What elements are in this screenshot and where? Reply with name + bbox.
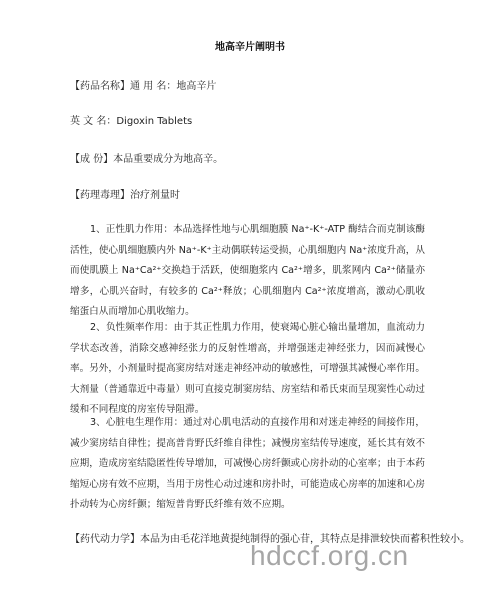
paragraph-electrophysiology: 3、心脏电生理作用：通过对心肌电活动的直接作用和对迷走神经的间接作用，减少窦房结…	[70, 413, 425, 516]
paragraph-text: 3、心脏电生理作用：通过对心肌电活动的直接作用和对迷走神经的间接作用，减少窦房结…	[70, 417, 425, 510]
ingredients-line: 【成 份】本品重要成分为地高辛。	[70, 150, 223, 165]
pharmacology-heading: 【药理毒理】治疗剂量时	[70, 186, 180, 201]
document-page: 地高辛片阐明书 【药品名称】通 用 名：地高辛片 英 文 名：Digoxin T…	[0, 0, 500, 594]
english-name-line: 英 文 名：Digoxin Tablets	[70, 112, 192, 127]
document-title: 地高辛片阐明书	[0, 38, 500, 53]
paragraph-positive-inotropic: 1、正性肌力作用：本品选择性地与心肌细胞膜 Na⁺-K⁺-ATP 酶结合而克制该…	[70, 220, 425, 323]
paragraph-text: 1、正性肌力作用：本品选择性地与心肌细胞膜 Na⁺-K⁺-ATP 酶结合而克制该…	[70, 224, 425, 317]
drug-name-line: 【药品名称】通 用 名：地高辛片	[70, 77, 216, 92]
paragraph-text: 2、负性频率作用：由于其正性肌力作用，使衰竭心脏心输出量增加，血流动力学状态改善…	[70, 322, 425, 415]
paragraph-negative-chronotropic: 2、负性频率作用：由于其正性肌力作用，使衰竭心脏心输出量增加，血流动力学状态改善…	[70, 318, 425, 421]
watermark: hdccf.org.cn	[250, 540, 409, 572]
